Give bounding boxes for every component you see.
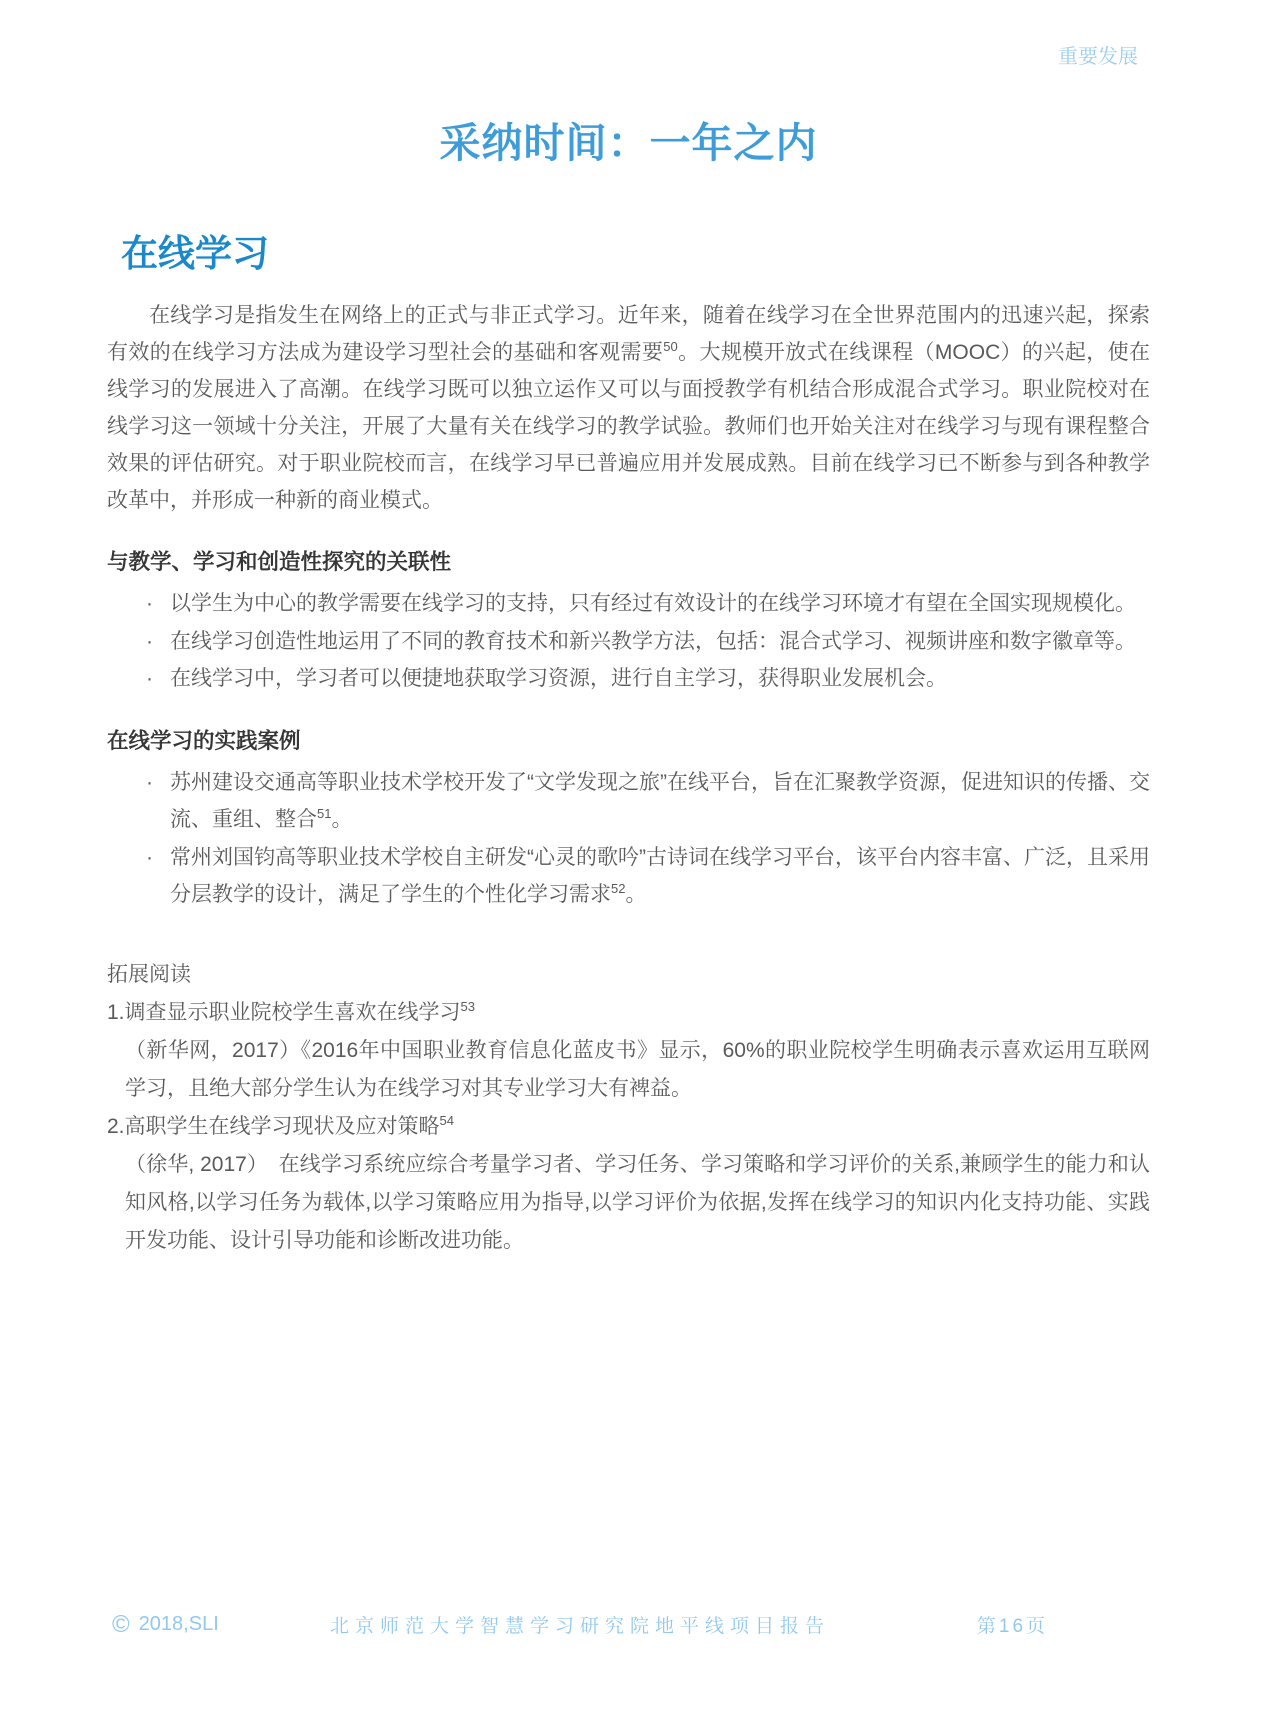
bullet-tail: 。 (331, 808, 352, 831)
bullet-text: 以学生为中心的教学需要在线学习的支持，只有经过有效设计的在线学习环境才有望在全国… (170, 592, 1136, 615)
list-item: 以学生为中心的教学需要在线学习的支持，只有经过有效设计的在线学习环境才有望在全国… (107, 585, 1150, 623)
footnote-ref-51: 51 (317, 806, 331, 821)
section-heading-online-learning: 在线学习 (107, 223, 1150, 277)
page-title: 采纳时间：一年之内 (107, 110, 1150, 169)
bullet-text: 苏州建设交通高等职业技术学校开发了“文学发现之旅”在线平台，旨在汇聚教学资源，促… (170, 771, 1150, 832)
item-title-text: 1.调查显示职业院校学生喜欢在线学习 (107, 1001, 461, 1024)
bullet-text: 在线学习创造性地运用了不同的教育技术和新兴教学方法，包括：混合式学习、视频讲座和… (170, 630, 1136, 653)
further-reading-item-title: 2.高职学生在线学习现状及应对策略54 (107, 1108, 1150, 1146)
footer-report-title: 北京师范大学智慧学习研究院地平线项目报告 (330, 1611, 830, 1638)
further-reading-heading: 拓展阅读 (107, 956, 1150, 994)
list-item: 苏州建设交通高等职业技术学校开发了“文学发现之旅”在线平台，旨在汇聚教学资源，促… (107, 764, 1150, 839)
footer-copyright: © 2018,SLI (112, 1613, 330, 1637)
footer-page-number: 第16页 (830, 1611, 1048, 1638)
further-reading-section: 拓展阅读 1.调查显示职业院校学生喜欢在线学习53 （新华网，2017）《201… (107, 956, 1150, 1260)
practice-bullet-list: 苏州建设交通高等职业技术学校开发了“文学发现之旅”在线平台，旨在汇聚教学资源，促… (107, 764, 1150, 914)
list-item: 常州刘国钧高等职业技术学校自主研发“心灵的歌吟”古诗词在线学习平台，该平台内容丰… (107, 839, 1150, 914)
further-reading-item-body: （新华网，2017）《2016年中国职业教育信息化蓝皮书》显示，60%的职业院校… (107, 1032, 1150, 1108)
list-item: 在线学习中，学习者可以便捷地获取学习资源，进行自主学习，获得职业发展机会。 (107, 660, 1150, 698)
subheading-relevance: 与教学、学习和创造性探究的关联性 (107, 545, 1150, 576)
bullet-text: 在线学习中，学习者可以便捷地获取学习资源，进行自主学习，获得职业发展机会。 (170, 667, 947, 690)
bullet-tail: 。 (625, 883, 646, 906)
intro-rest: 。大规模开放式在线课程（MOOC）的兴起，使在线学习的发展进入了高潮。在线学习既… (107, 341, 1150, 512)
footnote-ref-54: 54 (440, 1113, 454, 1128)
copyright-icon: © (112, 1613, 130, 1637)
further-reading-item-title: 1.调查显示职业院校学生喜欢在线学习53 (107, 994, 1150, 1032)
further-reading-item-body: （徐华, 2017） 在线学习系统应综合考量学习者、学习任务、学习策略和学习评价… (107, 1146, 1150, 1260)
relevance-bullet-list: 以学生为中心的教学需要在线学习的支持，只有经过有效设计的在线学习环境才有望在全国… (107, 585, 1150, 698)
document-page: 采纳时间：一年之内 在线学习 在线学习是指发生在网络上的正式与非正式学习。近年来… (0, 110, 1276, 1260)
bullet-text: 常州刘国钧高等职业技术学校自主研发“心灵的歌吟”古诗词在线学习平台，该平台内容丰… (170, 846, 1150, 907)
corner-label: 重要发展 (1058, 40, 1138, 69)
subheading-practice-cases: 在线学习的实践案例 (107, 724, 1150, 755)
footnote-ref-53: 53 (461, 999, 475, 1014)
footnote-ref-52: 52 (611, 881, 625, 896)
intro-paragraph: 在线学习是指发生在网络上的正式与非正式学习。近年来，随着在线学习在全世界范围内的… (107, 297, 1150, 519)
copyright-text: 2018,SLI (139, 1613, 219, 1636)
item-title-text: 2.高职学生在线学习现状及应对策略 (107, 1115, 440, 1138)
footnote-ref-50: 50 (663, 339, 677, 354)
page-footer: © 2018,SLI 北京师范大学智慧学习研究院地平线项目报告 第16页 (0, 1611, 1276, 1638)
list-item: 在线学习创造性地运用了不同的教育技术和新兴教学方法，包括：混合式学习、视频讲座和… (107, 623, 1150, 661)
further-reading-item: 1.调查显示职业院校学生喜欢在线学习53 （新华网，2017）《2016年中国职… (107, 994, 1150, 1108)
further-reading-item: 2.高职学生在线学习现状及应对策略54 （徐华, 2017） 在线学习系统应综合… (107, 1108, 1150, 1260)
